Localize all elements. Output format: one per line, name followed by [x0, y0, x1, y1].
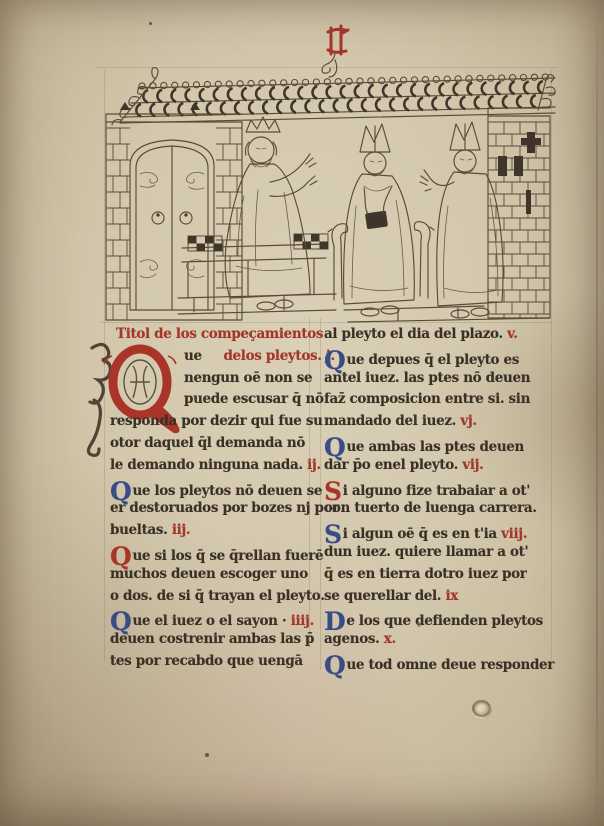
text-line: bueltas. iij. [110, 522, 190, 538]
text-line: ue delos pleytos. j. [184, 348, 335, 364]
right-bishop-figure [420, 122, 503, 318]
page-edge [596, 0, 598, 826]
text-segment [202, 348, 224, 364]
text-segment: viij. [501, 526, 527, 542]
text-segment: bueltas. [110, 522, 172, 538]
text-segment: ue el iuez o el sayon · [132, 613, 290, 629]
text-segment: agenos. [324, 631, 384, 647]
text-segment: mandado del iuez. [324, 413, 460, 429]
text-line: faz̄ composicion entre si. sin [324, 391, 530, 407]
text-segment: nengun oē non se [184, 370, 312, 386]
text-segment: iiij. [291, 613, 314, 629]
margin-flourish-icon [88, 344, 110, 455]
text-segment: v. [507, 326, 518, 342]
text-segment: muchos deuen escoger uno [110, 566, 308, 582]
text-segment: er destoruados por bozes nj por [110, 500, 339, 516]
miniature-illustration [98, 66, 562, 334]
text-line: mandado del iuez. vj. [324, 413, 477, 429]
right-tower [488, 108, 550, 318]
text-segment: ue [184, 348, 202, 364]
text-line: otor daquel q̄l demanda nō [110, 435, 305, 451]
left-tower [106, 102, 242, 320]
text-line: dun iuez. quiere llamar a ot' [324, 544, 528, 560]
text-segment: se querellar del. [324, 588, 446, 604]
text-segment: ij. [307, 457, 321, 473]
text-segment: ue los pleytos nō deuen se [132, 483, 322, 499]
text-line: q̄ es en tierra dotro iuez por [324, 566, 527, 582]
arrow-slit [526, 190, 531, 214]
text-line: nengun oē non se [184, 370, 312, 386]
text-segment: Titol de los compeçamientos [116, 326, 323, 342]
parchment-speck [149, 22, 152, 25]
text-line: agenos. x. [324, 631, 396, 647]
text-segment: ue depues q̄ el pleyto es [346, 352, 519, 368]
text-segment: dun iuez. quiere llamar a ot' [324, 544, 528, 560]
text-segment: otor daquel q̄l demanda nō [110, 435, 305, 451]
text-segment: i alguno fize trabaiar a ot' [343, 483, 530, 499]
text-segment: ix [446, 588, 458, 604]
text-segment: q̄ es en tierra dotro iuez por [324, 566, 527, 582]
text-segment: o dos. de si q̄ trayan el pleyto. [110, 588, 325, 604]
text-segment: deuen costrenir ambas las p̄ [110, 631, 314, 647]
king-figure [225, 117, 317, 310]
text-segment: dar p̄o enel pleyto. [324, 457, 462, 473]
text-segment: puede escusar q̄ nō [184, 391, 324, 407]
text-line: con tuerto de luenga carrera. [324, 500, 537, 516]
window [514, 156, 523, 176]
manuscript-page: Titol de los compeçamientosue delos pley… [0, 0, 604, 826]
text-line: Titol de los compeçamientos [116, 326, 323, 342]
text-line: se querellar del. ix [324, 588, 458, 604]
text-segment: responda por dezir qui fue su [110, 413, 323, 429]
text-segment: iij. [172, 522, 190, 538]
text-line: Que tod omne deue responder [324, 653, 554, 678]
text-segment: vj. [460, 413, 476, 429]
parchment-speck [205, 753, 209, 757]
text-segment: antel iuez. las ptes nō deuen [324, 370, 530, 386]
text-line: deuen costrenir ambas las p̄ [110, 631, 314, 647]
text-line: responda por dezir qui fue su [110, 413, 323, 429]
text-segment: ue tod omne deue responder [346, 657, 554, 673]
text-segment: ue si los q̄ se q̄rellan fuerē [132, 548, 323, 564]
text-segment: con tuerto de luenga carrera. [324, 500, 537, 516]
text-segment: i algun oē q̄ es en t'ia [343, 526, 501, 542]
text-line: er destoruados por bozes nj por [110, 500, 339, 516]
text-line: al pleyto el dia del plazo. v. [324, 326, 518, 342]
text-line: dar p̄o enel pleyto. vij. [324, 457, 484, 473]
text-column-right: al pleyto el dia del plazo. v.Que depues… [324, 326, 552, 678]
text-segment: delos pleytos. j. [223, 348, 334, 364]
text-line: puede escusar q̄ nō [184, 391, 324, 407]
window [498, 156, 507, 176]
parchment-hole [472, 700, 491, 717]
text-segment: al pleyto el dia del plazo. [324, 326, 507, 342]
text-segment: x. [384, 631, 396, 647]
cross-icon [521, 132, 541, 153]
chapter-initial: Q [324, 651, 345, 680]
text-column-left: Titol de los compeçamientosue delos pley… [110, 326, 314, 678]
center-bishop-figure [328, 124, 434, 316]
text-line: antel iuez. las ptes nō deuen [324, 370, 530, 386]
text-segment: vij. [462, 457, 483, 473]
text-line: tes por recabdo que uengā [110, 653, 303, 669]
text-segment: ue ambas las ptes deuen [346, 439, 524, 455]
text-segment: e los que defienden pleytos [346, 613, 543, 629]
text-line: le demando ninguna nada. ij. [110, 457, 321, 473]
text-line: o dos. de si q̄ trayan el pleyto. [110, 588, 325, 604]
text-segment: tes por recabdo que uengā [110, 653, 303, 669]
text-segment: faz̄ composicion entre si. sin [324, 391, 530, 407]
parchment-speck [417, 622, 421, 627]
text-segment: le demando ninguna nada. [110, 457, 307, 473]
text-line: muchos deuen escoger uno [110, 566, 308, 582]
